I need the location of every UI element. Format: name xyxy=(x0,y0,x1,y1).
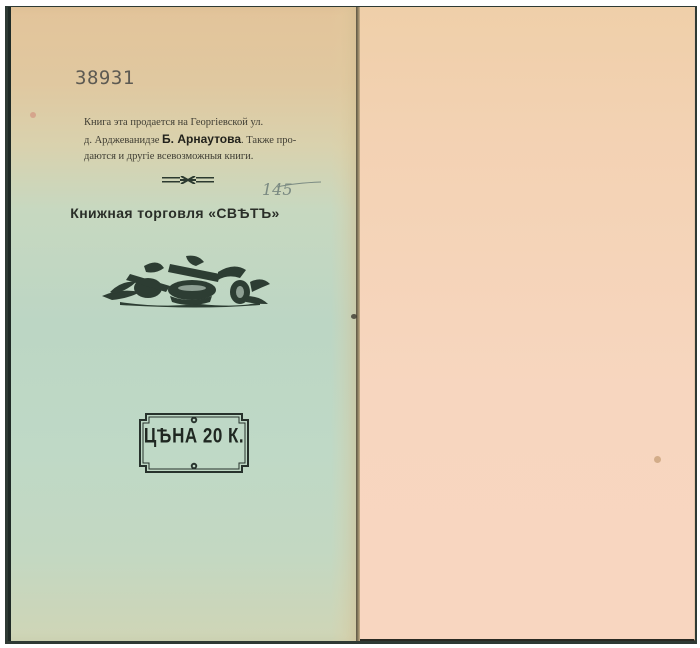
inventory-number: 38931 xyxy=(75,67,135,89)
floral-vignette-icon xyxy=(100,252,272,310)
seller-notice-suffix: . Также про- xyxy=(241,135,296,146)
back-cover-page xyxy=(8,7,361,641)
pencil-stroke xyxy=(275,181,323,189)
seller-address: д. Арджеванидзе xyxy=(84,135,159,146)
stain-mark xyxy=(654,456,661,463)
seller-notice: Книга эта продается на Георгіевской ул. … xyxy=(84,115,324,165)
seller-name: Б. Арнаутова xyxy=(162,132,241,146)
spine-tear xyxy=(351,314,357,319)
divider-ornament-icon xyxy=(162,176,214,184)
seller-notice-line-1: Книга эта продается на Георгіевской ул. xyxy=(84,115,324,131)
seller-notice-line-3: даются и другіе всевозможныя книги. xyxy=(84,149,324,165)
seller-notice-line-2: д. Арджеванидзе Б. Арнаутова. Также про- xyxy=(84,131,324,149)
price-label: ЦѢНА 20 К. xyxy=(138,424,250,449)
stain-mark xyxy=(30,112,36,118)
shop-title: Книжная торговля «СВѢТЪ» xyxy=(0,205,350,221)
endpaper-page xyxy=(360,7,695,641)
